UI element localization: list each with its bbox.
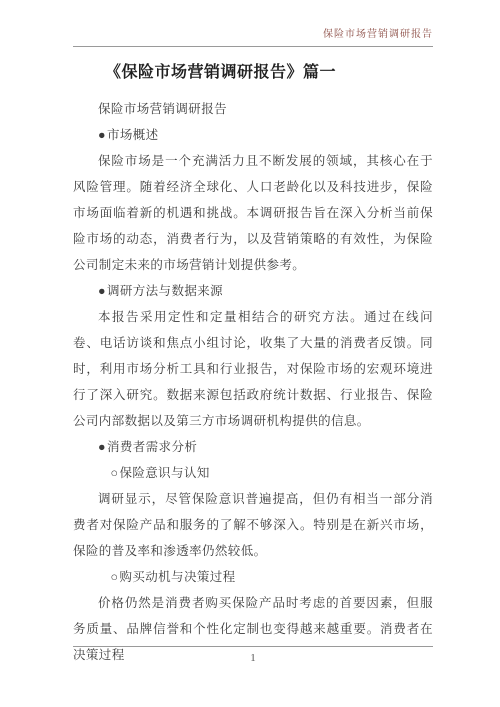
subsection-heading-label: 购买动机与决策过程 [119,570,235,584]
body-paragraph: 调研显示，尽管保险意识普遍提高，但仍有相当一部分消费者对保险产品和服务的了解不够… [73,486,433,564]
running-header: 保险市场营销调研报告 [73,28,433,47]
running-header-text: 保险市场营销调研报告 [323,29,433,40]
section-heading: ●调研方法与数据来源 [73,278,433,304]
filled-bullet-icon: ● [98,440,106,454]
body-paragraph: 保险市场是一个充满活力且不断发展的领域，其核心在于风险管理。随着经济全球化、人口… [73,148,433,278]
subsection-heading-label: 保险意识与认知 [119,466,209,480]
open-bullet-icon: ○ [111,570,119,584]
subsection-heading: ○购买动机与决策过程 [73,564,433,590]
page-title: 《保险市场营销调研报告》篇一 [73,62,433,84]
filled-bullet-icon: ● [98,128,106,142]
section-heading: ●消费者需求分析 [73,434,433,460]
filled-bullet-icon: ● [98,284,106,298]
page-footer: 1 [73,646,433,665]
section-heading: ●市场概述 [73,122,433,148]
section-heading-label: 消费者需求分析 [107,440,197,454]
open-bullet-icon: ○ [111,466,119,480]
document-page: 保险市场营销调研报告 《保险市场营销调研报告》篇一 保险市场营销调研报告 ●市场… [0,0,500,707]
page-number: 1 [250,652,256,664]
document-body: 《保险市场营销调研报告》篇一 保险市场营销调研报告 ●市场概述 保险市场是一个充… [73,56,433,668]
section-heading-label: 调研方法与数据来源 [107,284,223,298]
section-heading-label: 市场概述 [107,128,159,142]
body-paragraph: 本报告采用定性和定量相结合的研究方法。通过在线问卷、电话访谈和焦点小组讨论，收集… [73,304,433,434]
subsection-heading: ○保险意识与认知 [73,460,433,486]
intro-line: 保险市场营销调研报告 [73,96,433,122]
